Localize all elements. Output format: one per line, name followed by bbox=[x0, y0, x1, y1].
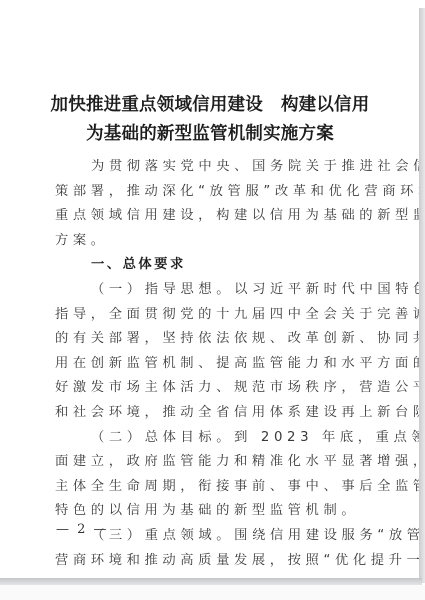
document-title-line-1: 加快推进重点领域信用建设构建以信用 bbox=[0, 91, 420, 116]
document-title-line-2: 为基础的新型监管机制实施方案 bbox=[0, 120, 420, 145]
body-line: 主体全生命周期，衔接事前、事中、事后全监管环节，具有广东 bbox=[55, 475, 373, 500]
title-part-1: 加快推进重点领域信用建设 bbox=[51, 95, 263, 115]
body-line: 用在创新监管机制、提高监管能力和水平方面的基础性作用，更 bbox=[55, 352, 373, 377]
body-line: 和社会环境，推动全省信用体系建设再上新台阶。 bbox=[55, 401, 373, 426]
body-line: （二）总体目标。到 2023 年底，重点领域信用监管体系全 bbox=[55, 426, 373, 451]
page-edge-shadow-bottom bbox=[0, 578, 422, 585]
body-line: 营商环境和推动高质量发展，按照“优化提升一批，推进实施 bbox=[55, 549, 373, 574]
body-line: 的有关部署，坚持依法依规、改革创新、协同共治，充分发挥信 bbox=[55, 327, 373, 352]
section-heading: 一、总体要求 bbox=[55, 253, 373, 278]
body-line: 策部署，推动深化“放管服”改革和优化营商环境，加快推进 bbox=[55, 180, 373, 205]
body-line: 为贯彻落实党中央、国务院关于推进社会信用体系建设的决 bbox=[55, 155, 373, 180]
body-line: （一）指导思想。以习近平新时代中国特色社会主义思想为 bbox=[55, 278, 373, 303]
document-page: 加快推进重点领域信用建设构建以信用 为基础的新型监管机制实施方案 为贯彻落实党中… bbox=[0, 0, 420, 580]
page-edge-shadow-right bbox=[419, 8, 425, 583]
page-number: — 2 — bbox=[56, 522, 109, 537]
background-below-page bbox=[0, 585, 425, 600]
title-part-2: 构建以信用 bbox=[281, 95, 370, 115]
body-line: 面建立，政府监管能力和精准化水平显著增强，构建起贯穿市场 bbox=[55, 450, 373, 475]
body-line: 方案。 bbox=[55, 229, 373, 254]
body-line: 特色的以信用为基础的新型监管机制。 bbox=[55, 499, 373, 524]
body-line: 好激发市场主体活力、规范市场秩序，营造公平诚信的市场环境 bbox=[55, 376, 373, 401]
body-line: 重点领域信用建设，构建以信用为基础的新型监管机制，制定本 bbox=[55, 204, 373, 229]
document-body: 为贯彻落实党中央、国务院关于推进社会信用体系建设的决 策部署，推动深化“放管服”… bbox=[55, 155, 373, 573]
body-line: 指导，全面贯彻党的十九届四中全会关于完善诚信建设长效机制 bbox=[55, 303, 373, 328]
